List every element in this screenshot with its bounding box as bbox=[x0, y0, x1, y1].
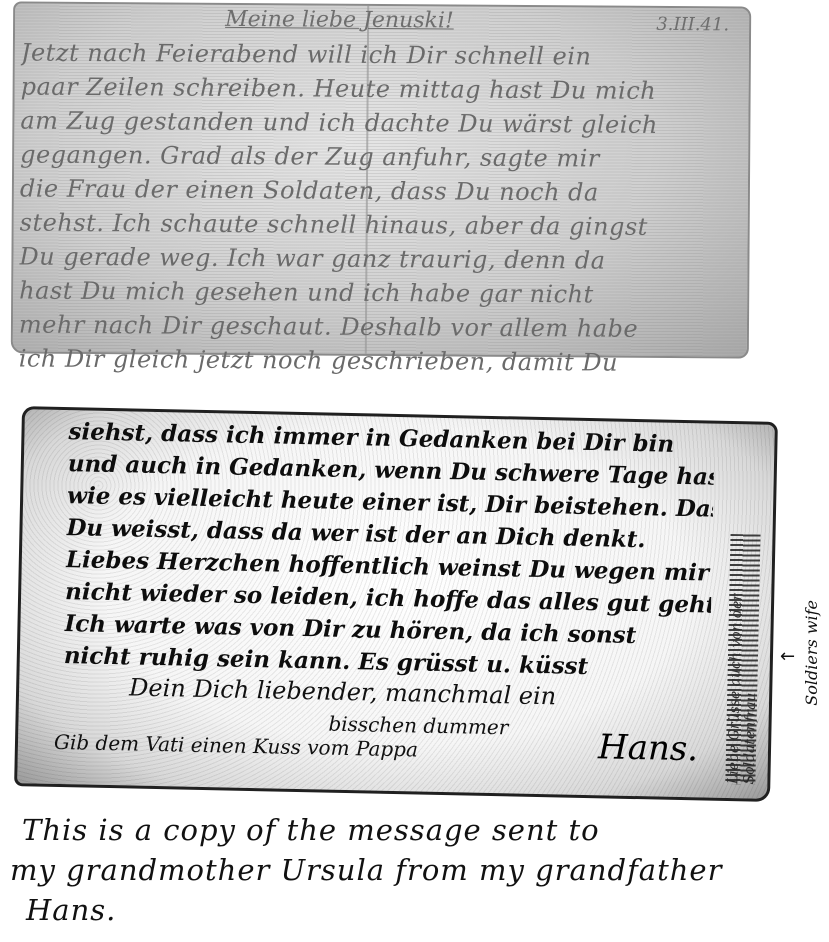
postcard-front-scan: Meine liebe Jenuski! 3.III.41. Jetzt nac… bbox=[11, 1, 751, 358]
handwritten-line: ich Dir gleich jetzt noch geschrieben, d… bbox=[19, 341, 737, 380]
letter-salutation: Meine liebe Jenuski! bbox=[225, 7, 454, 34]
annotation-label: Soldiers wife bbox=[802, 600, 821, 706]
handwritten-line: hast Du mich gesehen und ich habe gar ni… bbox=[19, 273, 737, 312]
caption-line: This is a copy of the message sent to bbox=[10, 810, 820, 850]
side-annotation: ← Soldiers wife bbox=[778, 600, 828, 730]
arrow-left-icon: ← bbox=[780, 646, 795, 667]
letter-body-part-2: siehst, dass ich immer in Gedanken bei D… bbox=[64, 416, 715, 685]
handwritten-line: paar Zeilen schreiben. Heute mittag hast… bbox=[21, 69, 739, 108]
postcard-back-scan: siehst, dass ich immer in Gedanken bei D… bbox=[14, 406, 778, 802]
handwritten-line: am Zug gestanden und ich dachte Du wärst… bbox=[20, 103, 738, 142]
handwritten-line: stehst. Ich schaute schnell hinaus, aber… bbox=[20, 205, 738, 244]
handwritten-line: Jetzt nach Feierabend will ich Dir schne… bbox=[21, 35, 739, 74]
handwritten-caption: This is a copy of the message sent to my… bbox=[10, 810, 820, 930]
letter-signature: Hans. bbox=[598, 727, 699, 769]
letter-date: 3.III.41. bbox=[656, 14, 729, 36]
caption-line: my grandmother Ursula from my grandfathe… bbox=[10, 850, 820, 890]
handwritten-line: mehr nach Dir geschaut. Deshalb vor alle… bbox=[19, 307, 737, 346]
handwritten-line: Du gerade weg. Ich war ganz traurig, den… bbox=[19, 239, 737, 278]
margin-note-vertical: Liebe Grüsse auch von der Soldatenfrau bbox=[725, 534, 760, 785]
handwritten-line: gegangen. Grad als der Zug anfuhr, sagte… bbox=[20, 137, 738, 176]
caption-line: Hans. bbox=[10, 890, 820, 930]
handwritten-line: die Frau der einen Soldaten, dass Du noc… bbox=[20, 171, 738, 210]
letter-body-part-1: Jetzt nach Feierabend will ich Dir schne… bbox=[19, 35, 739, 380]
